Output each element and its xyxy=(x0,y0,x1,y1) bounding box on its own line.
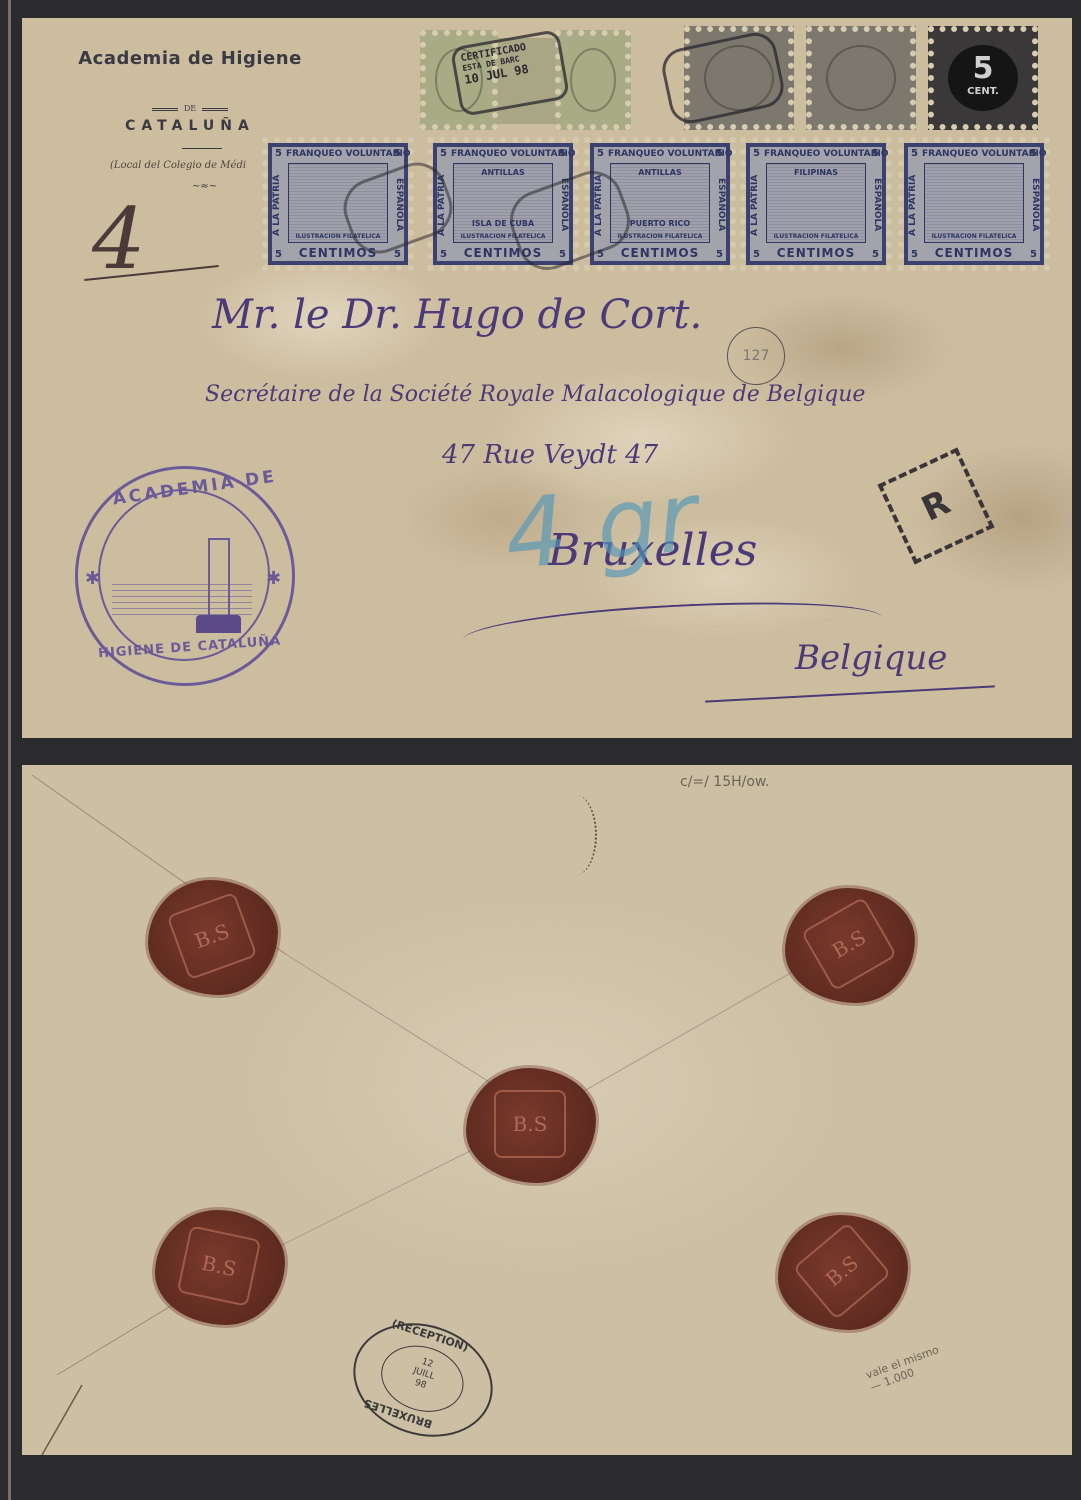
faint-backstamp xyxy=(555,795,597,875)
stamp-top-text: FRANQUEO VOLUNTARIO xyxy=(286,149,390,159)
seal-sea-lines xyxy=(112,580,252,620)
transit-cancel: 127 xyxy=(727,327,785,385)
charity-stamp: 5 5 5 5 FRANQUEO VOLUNTARIO A LA PATRIA … xyxy=(746,143,886,265)
stamp-left-text: A LA PATRIA xyxy=(750,169,764,241)
letterhead-title: Academia de Higiene xyxy=(60,48,320,69)
stamp-war-tax: 5 CENT. xyxy=(928,26,1038,130)
wax-seal-top-left: B.S xyxy=(148,880,278,995)
stamp-top-text: FRANQUEO VOLUNTARIO xyxy=(764,149,868,159)
stamp-bottom-text: CENTIMOS xyxy=(922,246,1026,260)
stamp-vignette: ILUSTRACION FILATELICA xyxy=(924,163,1024,243)
seal-star-left: ✱ xyxy=(85,568,100,589)
stamp-right-text: ESPAÑOLA xyxy=(868,169,882,241)
wax-seal-center: B.S xyxy=(466,1068,596,1183)
letterhead-de: DE xyxy=(60,104,320,113)
stamp-top-text: FRANQUEO VOLUNTARIO xyxy=(451,149,555,159)
address-line-2: Secrétaire de la Société Royale Malacolo… xyxy=(205,382,865,407)
stamp-left-text: A LA PATRIA xyxy=(272,169,286,241)
blue-crayon-mark: 4 gr xyxy=(500,460,703,591)
stamp-top-text: FRANQUEO VOLUNTARIO xyxy=(608,149,712,159)
pencil-note-top: c/=/ 15H/ow. xyxy=(680,774,770,790)
address-line-3: 47 Rue Veydt 47 xyxy=(442,440,658,470)
letterhead-subtitle: CATALUÑA xyxy=(60,118,320,134)
seal-star-right: ✱ xyxy=(266,568,281,589)
stamp-grey-2 xyxy=(806,26,916,130)
letterhead-divider xyxy=(182,148,222,149)
wax-seal-bottom-left: B.S xyxy=(155,1210,285,1325)
address-line-1: Mr. le Dr. Hugo de Cort. xyxy=(212,292,702,338)
address-country: Belgique xyxy=(795,638,947,678)
stamp-value: 5 xyxy=(948,51,1019,86)
stamp-left-text: A LA PATRIA xyxy=(908,169,922,241)
charity-stamp: 5 5 5 5 FRANQUEO VOLUNTARIO A LA PATRIA … xyxy=(904,143,1044,265)
value-oval: 5 CENT. xyxy=(948,45,1019,111)
wax-seal-top-right: B.S xyxy=(785,888,915,1003)
stamp-unit: CENT. xyxy=(948,86,1019,97)
portrait-oval xyxy=(570,48,616,111)
stamp-top-text: FRANQUEO VOLUNTARIO xyxy=(922,149,1026,159)
portrait-oval xyxy=(826,45,897,111)
wax-seal-bottom-right: B.S xyxy=(778,1215,908,1330)
stamp-bottom-text: CENTIMOS xyxy=(764,246,868,260)
flourish-ornament: ~≈~ xyxy=(192,181,217,192)
stamp-right-text: ESPAÑOLA xyxy=(712,169,726,241)
stamp-bottom-text: CENTIMOS xyxy=(608,246,712,260)
stamp-vignette: FILIPINAS ILUSTRACION FILATELICA xyxy=(766,163,866,243)
letterhead-address: (Local del Colegio de Médi xyxy=(110,160,246,171)
album-frame-left xyxy=(8,0,11,1500)
stamp-right-text: ESPAÑOLA xyxy=(1026,169,1040,241)
